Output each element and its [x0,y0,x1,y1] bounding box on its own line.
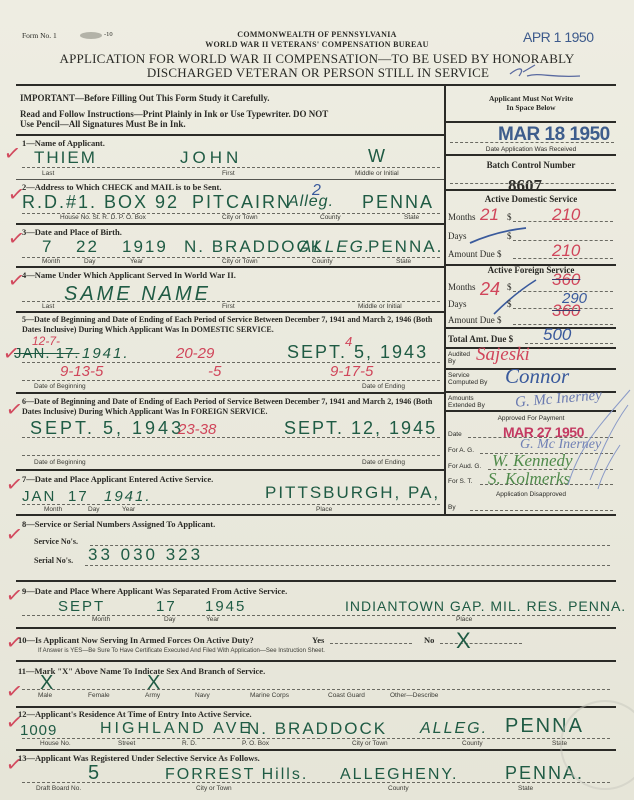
q12-sub-house: House No. [40,740,71,747]
q1-label: 1—Name of Applicant. [22,138,105,148]
q5-begin-year[interactable]: 1941. [82,345,130,362]
q4-sub-last: Last [42,303,54,310]
q3-sub-day: Day [84,258,96,265]
q9-sub-year: Year [206,616,219,623]
q7-label: 7—Date and Place Applicant Entered Activ… [22,474,213,484]
q1-last-name[interactable]: THIEM [34,148,97,168]
total-value: 500 [543,325,571,345]
q12-sub-county: County [462,740,483,747]
q9-year[interactable]: 1945 [205,598,246,615]
for-st-signature: S. Kolmerks [488,469,570,489]
q2-sub-state: State [404,214,419,221]
form-title-line-2: DISCHARGED VETERAN OR PERSON STILL IN SE… [128,65,508,81]
foreign-months-label: Months [448,282,476,292]
q2-label: 2—Address to Which CHECK and MAIL is to … [22,182,221,192]
q1-sub-middle: Middle or Initial [355,170,399,177]
q12-city[interactable]: N. BRADDOCK [247,719,387,739]
q2-sub-county: County [320,214,341,221]
q13-sub-board: Draft Board No. [36,785,81,792]
q5-calc: 20-29 [176,345,214,362]
foreign-heading: Active Foreign Service [446,265,616,275]
q11-option-marine-corps: Marine Corps [250,692,289,699]
foreign-months-amount-struck: 360 [552,270,580,290]
q3-label: 3—Date and Place of Birth. [22,227,122,237]
q6-begin-date[interactable]: SEPT. 5, 1943 [30,418,184,439]
q7-sub-year: Year [122,506,135,513]
batch-label: Batch Control Number [446,160,616,170]
domestic-amount-due-value: 210 [552,241,580,261]
q12-county[interactable]: ALLEG. [420,720,488,738]
q10-note: If Answer is YES—Be Sure To Have Certifi… [38,648,325,654]
q10-no-label: No [424,635,434,645]
q7-sub-place: Place [316,506,332,513]
q8-service-label: Service No's. [34,537,78,546]
check-mark-icon: ✓ [4,678,24,705]
for-st-label: For S. T. [448,478,472,485]
q13-label: 13—Applicant Was Registered Under Select… [18,753,260,763]
q1-first-name[interactable]: JOHN [180,148,242,168]
q12-label: 12—Applicant's Residence At Time of Entr… [18,709,252,719]
q2-sub-city: City or Town [222,214,258,221]
q5-mid-calc: -5 [208,363,221,380]
q11-mark-field[interactable]: X [40,672,55,695]
total-label: Total Amt. Due $ [448,334,513,344]
batch-number: 8607 [508,176,542,196]
q9-label: 9—Date and Place Where Applicant Was Sep… [22,586,287,596]
q4-sub-first: First [222,303,235,310]
q13-sub-county: County [388,785,409,792]
q10-yes-field[interactable] [330,643,412,644]
domestic-days-label: Days [448,231,467,241]
domestic-months-amount: 210 [552,205,580,225]
q7-sub-month: Month [44,506,62,513]
instructions-line-2: Read and Follow Instructions—Print Plain… [20,109,328,119]
q12-sub-city: City or Town [352,740,388,747]
q3-day[interactable]: 22 [76,237,99,257]
q6-sub-end: Date of Ending [362,459,405,466]
q5-end-correction: 4 [345,334,352,349]
q3-sub-year: Year [130,258,143,265]
q11-mark-field[interactable]: X [147,672,162,695]
q11-option-female: Female [88,692,110,699]
q6-label: 6—Date of Beginning and Date of Ending o… [22,397,440,417]
q8-serial-number[interactable]: 33 030 323 [88,545,203,565]
q3-month[interactable]: 7 [42,237,53,257]
q1-sub-first: First [222,170,235,177]
audited-label: Audited By [448,351,470,365]
q12-street[interactable]: HIGHLAND AVE [100,720,253,738]
q3-sub-city: City or Town [222,258,258,265]
extended-label: Amounts Extended By [448,395,498,409]
office-heading-2: In Space Below [446,103,616,112]
q11-option-other-describe: Other—Describe [390,692,438,699]
q9-day[interactable]: 17 [156,598,177,615]
office-heading-1: Applicant Must Not Write [446,94,616,103]
q10-label: 10—Is Applicant Now Serving In Armed For… [18,635,254,645]
q5-end-calc: 9-17-5 [330,363,373,380]
q12-house[interactable]: 1009 [20,722,57,739]
for-aud-label: For Aud. G. [448,463,481,470]
q12-sub-street: Street [118,740,135,747]
q4-served-name[interactable]: SAME NAME [64,283,211,306]
q11-option-coast-guard: Coast Guard [328,692,365,699]
domestic-days-strike-icon [468,225,528,247]
q5-end-date[interactable]: SEPT. 5, 1943 [287,342,428,363]
foreign-months-strike-icon [490,278,540,318]
q2-sub-house: House No. St. R. D. P. O. Box [60,214,146,221]
foreign-days-label: Days [448,299,467,309]
q9-sub-place: Place [456,616,472,623]
q12-sub-pobox: P. O. Box [242,740,269,747]
q7-month[interactable]: JAN [22,488,56,505]
q8-label: 8—Service or Serial Numbers Assigned To … [22,519,215,529]
q9-sub-month: Month [92,616,110,623]
q5-label: 5—Date of Beginning and Date of Ending o… [22,315,440,335]
q1-middle-initial[interactable]: W [368,146,387,167]
received-stamp-top: APR 1 1950 [523,29,594,45]
domestic-months-value: 21 [480,205,499,225]
q5-begin-calc: 9-13-5 [60,363,103,380]
q6-calc: 23-38 [178,421,216,438]
q9-place[interactable]: INDIANTOWN GAP. MIL. RES. PENNA. [345,598,626,614]
q8-serial-label: Serial No's. [34,556,73,565]
q1-sub-last: Last [42,170,54,177]
q12-sub-rd: R. D. [182,740,197,747]
disapproved-heading: Application Disapproved [446,491,616,498]
audited-signature: Sajeski [476,344,530,366]
q4-sub-middle: Middle or Initial [358,303,402,310]
q6-sub-begin: Date of Beginning [34,459,86,466]
q5-sub-end: Date of Ending [362,383,405,390]
q3-state[interactable]: PENNA. [368,237,443,257]
q4-label: 4—Name Under Which Applicant Served In W… [22,270,236,280]
q5-begin-correction: 12-7- [32,334,60,348]
foreign-amount-due-label: Amount Due $ [448,315,502,325]
q13-sub-city: City or Town [196,785,232,792]
approved-date-label: Date [448,431,462,438]
q2-state[interactable]: PENNA [362,192,434,213]
instructions-line-3: Use Pencil—All Signatures Must Be in Ink… [20,119,186,129]
q13-sub-state: State [518,785,533,792]
initials-scribble-icon [505,62,585,84]
q7-day[interactable]: 17 [68,488,89,505]
domestic-amount-due-label: Amount Due $ [448,249,502,259]
signature-flourish-icon [560,385,634,495]
domestic-months-label: Months [448,212,476,222]
check-mark-icon: ✓ [2,140,22,167]
domestic-heading: Active Domestic Service [446,194,616,204]
q6-end-date[interactable]: SEPT. 12, 1945 [284,418,437,439]
q7-sub-day: Day [88,506,100,513]
q11-option-navy: Navy [195,692,210,699]
application-form: Form No. 1 -10 COMMONWEALTH OF PENNSYLVA… [0,0,634,800]
q10-no-mark: X [456,628,473,654]
foreign-amount-due-struck: 360 [552,301,580,321]
q5-sub-begin: Date of Beginning [34,383,86,390]
date-received-label: Date Application Was Received [446,146,616,153]
q2-city[interactable]: PITCAIRN [192,192,292,213]
q10-yes-label: Yes [312,635,324,645]
for-ag-label: For A. G. [448,447,474,454]
q9-month[interactable]: SEPT [58,598,105,615]
q3-sub-state: State [396,258,411,265]
disapproved-by-label: By [448,504,456,511]
q3-sub-month: Month [42,258,60,265]
q3-sub-county: County [312,258,333,265]
q3-year[interactable]: 1919 [122,237,168,257]
computed-label: Service Computed By [448,372,498,386]
q10-no-field[interactable] [440,643,522,644]
q2-county-note: 2 [312,182,321,200]
instructions-line-1: IMPORTANT—Before Filling Out This Form S… [20,93,270,103]
q2-house[interactable]: R.D.#1. BOX 92 [22,192,179,213]
q7-place[interactable]: PITTSBURGH, PA, [265,483,440,503]
q7-year[interactable]: 1941. [104,488,152,505]
q3-county[interactable]: ALLEG. [300,237,372,257]
q9-sub-day: Day [164,616,176,623]
